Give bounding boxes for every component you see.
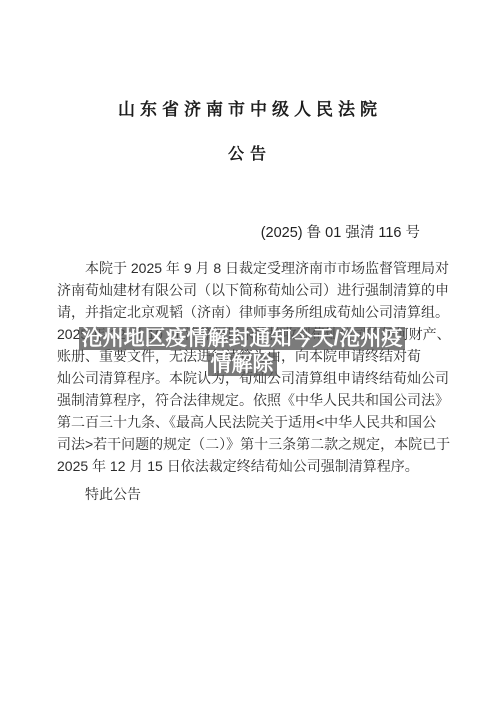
body-line: 2025 年 12 月 10 日 清算组以未能接收到荀灿公司的任何财产、 — [57, 323, 447, 345]
body-line: 第二百三十九条、《最高人民法院关于适用<中华人民共和国公 — [57, 411, 447, 433]
court-announcement-page: 山东省济南市中级人民法院 公告 (2025) 鲁 01 强清 116 号 本院于… — [0, 0, 500, 706]
court-title: 山东省济南市中级人民法院 — [0, 95, 500, 120]
closing-statement: 特此公告 — [57, 483, 447, 505]
body-line: 司法>若干问题的规定（二）》第十三条第二款之规定，本院已于 — [57, 433, 447, 455]
body-line: 本院于 2025 年 9 月 8 日裁定受理济南市市场监督管理局对 — [57, 257, 447, 279]
case-number: (2025) 鲁 01 强清 116 号 — [0, 221, 500, 242]
body-line: 请，并指定北京观韬（济南）律师事务所组成荀灿公司清算组。 — [57, 301, 447, 323]
announcement-body: 本院于 2025 年 9 月 8 日裁定受理济南市市场监督管理局对 济南荀灿建材… — [57, 257, 447, 505]
body-line: 灿公司清算程序。本院认为，荀灿公司清算组申请终结荀灿公司 — [57, 367, 447, 389]
document-type-heading: 公告 — [0, 141, 500, 164]
body-line: 账册、重要文件，无法进行清算为由，向本院申请终结对荀 — [57, 345, 447, 367]
body-line: 2025 年 12 月 15 日依法裁定终结荀灿公司强制清算程序。 — [57, 455, 447, 477]
body-line: 济南荀灿建材有限公司（以下简称荀灿公司）进行强制清算的申 — [57, 279, 447, 301]
body-line: 强制清算程序，符合法律规定。依照《中华人民共和国公司法》 — [57, 389, 447, 411]
